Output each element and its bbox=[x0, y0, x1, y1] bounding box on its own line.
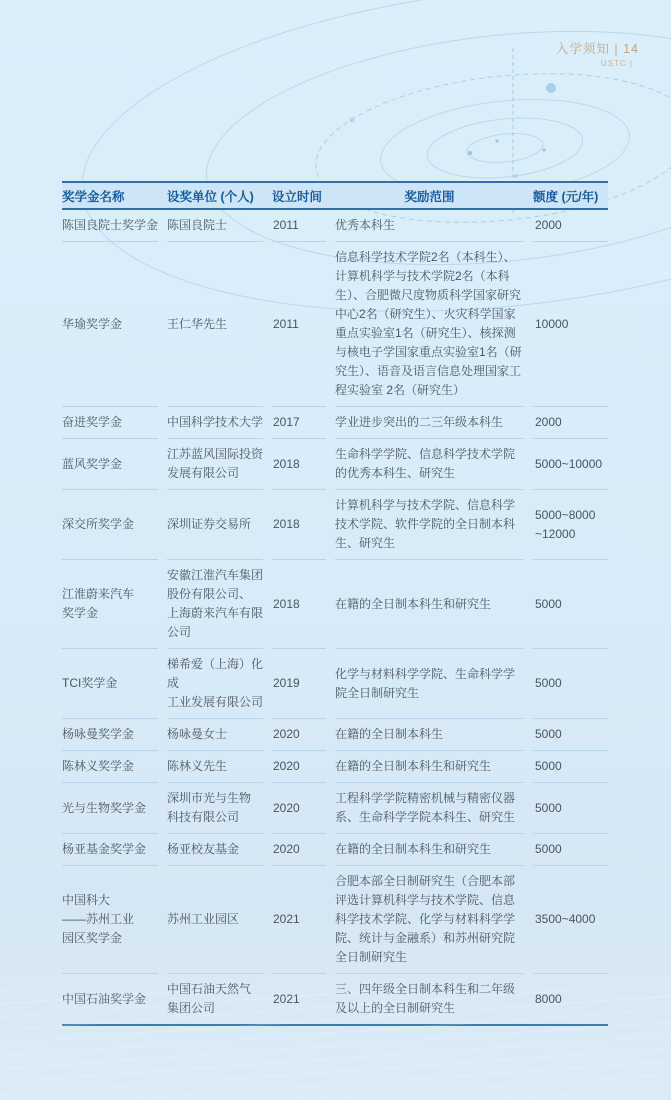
cell-scholarship-name: 蓝风奖学金 bbox=[62, 439, 158, 490]
header-cell-unit: 设奖单位 (个人) bbox=[167, 183, 263, 208]
cell-year-established: 2020 bbox=[272, 834, 326, 866]
cell-awarding-unit: 中国石油天然气 集团公司 bbox=[167, 974, 263, 1024]
cell-scholarship-name: 奋进奖学金 bbox=[62, 407, 158, 439]
table-row: 深交所奖学金 深圳证券交易所 2018 计算机科学与技术学院、信息科学技术学院、… bbox=[62, 490, 608, 560]
cell-award-scope: 合肥本部全日制研究生（合肥本部评选计算机科学与技术学院、信息科学技术学院、化学与… bbox=[335, 866, 524, 974]
cell-scholarship-name: 中国科大 ——苏州工业 园区奖学金 bbox=[62, 866, 158, 974]
cell-year-established: 2021 bbox=[272, 974, 326, 1024]
cell-awarding-unit: 陈林义先生 bbox=[167, 751, 263, 783]
cell-awarding-unit: 深圳证券交易所 bbox=[167, 490, 263, 560]
cell-award-scope: 优秀本科生 bbox=[335, 210, 524, 242]
cell-year-established: 2020 bbox=[272, 783, 326, 834]
cell-amount: 8000 bbox=[533, 974, 608, 1024]
cell-year-established: 2017 bbox=[272, 407, 326, 439]
cell-amount: 2000 bbox=[533, 210, 608, 242]
cell-year-established: 2011 bbox=[272, 210, 326, 242]
cell-award-scope: 生命科学学院、信息科学技术学院的优秀本科生、研究生 bbox=[335, 439, 524, 490]
cell-awarding-unit: 安徽江淮汽车集团 股份有限公司、 上海蔚来汽车有限 公司 bbox=[167, 560, 263, 649]
cell-award-scope: 计算机科学与技术学院、信息科学技术学院、软件学院的全日制本科生、研究生 bbox=[335, 490, 524, 560]
cell-awarding-unit: 江苏蓝风国际投资 发展有限公司 bbox=[167, 439, 263, 490]
cell-year-established: 2020 bbox=[272, 751, 326, 783]
table-row: 光与生物奖学金 深圳市光与生物 科技有限公司 2020 工程科学学院精密机械与精… bbox=[62, 783, 608, 834]
cell-award-scope: 在籍的全日制本科生和研究生 bbox=[335, 751, 524, 783]
cell-award-scope: 在籍的全日制本科生 bbox=[335, 719, 524, 751]
table-header: 奖学金名称 设奖单位 (个人) 设立时间 奖励范围 额度 (元/年) bbox=[62, 181, 608, 210]
cell-year-established: 2019 bbox=[272, 649, 326, 719]
cell-year-established: 2018 bbox=[272, 560, 326, 649]
cell-awarding-unit: 陈国良院士 bbox=[167, 210, 263, 242]
cell-year-established: 2018 bbox=[272, 490, 326, 560]
cell-scholarship-name: 深交所奖学金 bbox=[62, 490, 158, 560]
table-row: 中国科大 ——苏州工业 园区奖学金 苏州工业园区 2021 合肥本部全日制研究生… bbox=[62, 866, 608, 974]
cell-award-scope: 在籍的全日制本科生和研究生 bbox=[335, 560, 524, 649]
cell-award-scope: 信息科学技术学院2名（本科生）、计算机科学与技术学院2名（本科生）、合肥微尺度物… bbox=[335, 242, 524, 407]
header-cell-name: 奖学金名称 bbox=[62, 183, 158, 208]
table-row: 奋进奖学金 中国科学技术大学 2017 学业进步突出的二三年级本科生 2000 bbox=[62, 407, 608, 439]
table-row: 杨亚基金奖学金 杨亚校友基金 2020 在籍的全日制本科生和研究生 5000 bbox=[62, 834, 608, 866]
cell-amount: 5000 bbox=[533, 560, 608, 649]
table-row: 中国石油奖学金 中国石油天然气 集团公司 2021 三、四年级全日制本科生和二年… bbox=[62, 974, 608, 1024]
cell-amount: 5000 bbox=[533, 751, 608, 783]
cell-scholarship-name: 杨亚基金奖学金 bbox=[62, 834, 158, 866]
cell-scholarship-name: TCI奖学金 bbox=[62, 649, 158, 719]
scholarship-table: 奖学金名称 设奖单位 (个人) 设立时间 奖励范围 额度 (元/年) 陈国良院士… bbox=[62, 181, 608, 1026]
cell-awarding-unit: 苏州工业园区 bbox=[167, 866, 263, 974]
table-row: 蓝风奖学金 江苏蓝风国际投资 发展有限公司 2018 生命科学学院、信息科学技术… bbox=[62, 439, 608, 490]
cell-scholarship-name: 光与生物奖学金 bbox=[62, 783, 158, 834]
cell-scholarship-name: 江淮蔚来汽车 奖学金 bbox=[62, 560, 158, 649]
table-row: 华瑜奖学金 王仁华先生 2011 信息科学技术学院2名（本科生）、计算机科学与技… bbox=[62, 242, 608, 407]
cell-scholarship-name: 杨咏曼奖学金 bbox=[62, 719, 158, 751]
document-page: 入学须知 | 14 USTC | 奖学金名称 设奖单位 (个人) 设立时间 奖励… bbox=[0, 0, 671, 1100]
cell-awarding-unit: 杨亚校友基金 bbox=[167, 834, 263, 866]
table-row: 江淮蔚来汽车 奖学金 安徽江淮汽车集团 股份有限公司、 上海蔚来汽车有限 公司 … bbox=[62, 560, 608, 649]
cell-amount: 10000 bbox=[533, 242, 608, 407]
cell-award-scope: 化学与材料科学学院、生命科学学院全日制研究生 bbox=[335, 649, 524, 719]
cell-year-established: 2011 bbox=[272, 242, 326, 407]
page-marker-title: 入学须知 | 14 bbox=[556, 42, 639, 58]
table-row: 陈林义奖学金 陈林义先生 2020 在籍的全日制本科生和研究生 5000 bbox=[62, 751, 608, 783]
cell-awarding-unit: 杨咏曼女士 bbox=[167, 719, 263, 751]
cell-year-established: 2018 bbox=[272, 439, 326, 490]
cell-amount: 5000 bbox=[533, 783, 608, 834]
cell-awarding-unit: 梯希爱（上海）化成 工业发展有限公司 bbox=[167, 649, 263, 719]
page-marker-subtitle: USTC | bbox=[556, 59, 633, 69]
table-row: 陈国良院士奖学金 陈国良院士 2011 优秀本科生 2000 bbox=[62, 210, 608, 242]
cell-scholarship-name: 中国石油奖学金 bbox=[62, 974, 158, 1024]
header-cell-year: 设立时间 bbox=[272, 183, 326, 208]
table-body: 陈国良院士奖学金 陈国良院士 2011 优秀本科生 2000 华瑜奖学金 王仁华… bbox=[62, 210, 608, 1024]
cell-award-scope: 工程科学学院精密机械与精密仪器系、生命科学学院本科生、研究生 bbox=[335, 783, 524, 834]
cell-award-scope: 三、四年级全日制本科生和二年级及以上的全日制研究生 bbox=[335, 974, 524, 1024]
cell-amount: 5000~8000 ~12000 bbox=[533, 490, 608, 560]
cell-amount: 3500~4000 bbox=[533, 866, 608, 974]
table-row: TCI奖学金 梯希爱（上海）化成 工业发展有限公司 2019 化学与材料科学学院… bbox=[62, 649, 608, 719]
cell-scholarship-name: 华瑜奖学金 bbox=[62, 242, 158, 407]
cell-awarding-unit: 深圳市光与生物 科技有限公司 bbox=[167, 783, 263, 834]
cell-amount: 5000 bbox=[533, 649, 608, 719]
cell-award-scope: 在籍的全日制本科生和研究生 bbox=[335, 834, 524, 866]
header-cell-scope: 奖励范围 bbox=[335, 183, 524, 208]
cell-scholarship-name: 陈林义奖学金 bbox=[62, 751, 158, 783]
table-row: 杨咏曼奖学金 杨咏曼女士 2020 在籍的全日制本科生 5000 bbox=[62, 719, 608, 751]
cell-amount: 5000 bbox=[533, 834, 608, 866]
cell-award-scope: 学业进步突出的二三年级本科生 bbox=[335, 407, 524, 439]
cell-year-established: 2021 bbox=[272, 866, 326, 974]
cell-scholarship-name: 陈国良院士奖学金 bbox=[62, 210, 158, 242]
page-marker: 入学须知 | 14 USTC | bbox=[556, 42, 639, 69]
cell-amount: 2000 bbox=[533, 407, 608, 439]
cell-awarding-unit: 王仁华先生 bbox=[167, 242, 263, 407]
cell-awarding-unit: 中国科学技术大学 bbox=[167, 407, 263, 439]
header-cell-amount: 额度 (元/年) bbox=[533, 183, 608, 208]
cell-amount: 5000~10000 bbox=[533, 439, 608, 490]
cell-amount: 5000 bbox=[533, 719, 608, 751]
cell-year-established: 2020 bbox=[272, 719, 326, 751]
